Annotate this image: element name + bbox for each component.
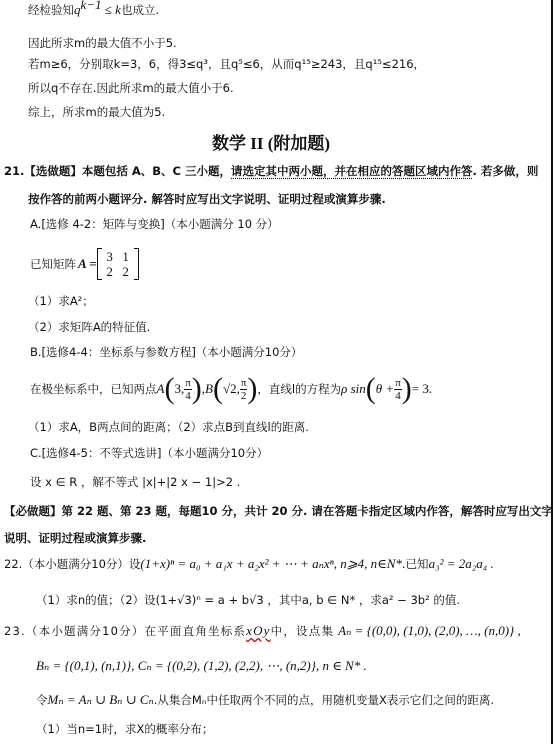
required-intro-line-2: 说明、证明过程或演算步骤. [4, 530, 146, 546]
text: 已知矩阵 [30, 256, 76, 272]
text: .从集合Mₙ中任取两个不同的点，用随机变量X表示它们之间的距离. [154, 693, 494, 707]
text: .已知 [402, 557, 429, 571]
question-tag: 【选做题】 [24, 164, 82, 178]
paren-right: ) [402, 374, 412, 404]
prev-solution-line-5: 综上，所求m的最大值为5. [28, 104, 165, 120]
math-sets-bc: Bₙ = {(0,1), (n,1)}, Cₙ = {(0,2), (1,2),… [36, 658, 367, 673]
page-edge-border [551, 0, 553, 744]
math-exponent: k−1 [81, 0, 102, 12]
text: 在极坐标系中，已知两点 [30, 381, 157, 397]
q23-stem: 23.（本小题满分10分）在平面直角坐标系xOy中，设点集Aₙ = {(0,0)… [4, 623, 521, 639]
math-point: B [205, 381, 213, 397]
math-value: 3, [174, 381, 184, 397]
text: 22.（本小题满分10分）设 [4, 557, 140, 571]
math-expr: a₃² = 2a₂a₄ . [429, 556, 494, 571]
fraction: π4 [394, 377, 402, 402]
math-value: √2, [223, 381, 240, 397]
matrix-cells: 3 1 2 2 [102, 249, 134, 279]
q21a-given: 已知矩阵 A = 3 1 2 2 [30, 248, 139, 280]
math-expr: θ + [376, 381, 394, 397]
required-intro-line-1: 【必做题】第 22 题、第 23 题，每题10 分，共计 20 分. 请在答题卡… [4, 503, 553, 519]
fraction: π4 [184, 377, 192, 402]
q21c-body: 设 x ∈ R ，解不等式 |x|+|2 x − 1|>2 . [30, 474, 240, 490]
prev-solution-line-1: 经检验知qk−1 ≤ k也成立. [28, 2, 159, 18]
math-var: A = [78, 256, 97, 272]
math-set-m: Mₙ = Aₙ ∪ Bₙ ∪ Cₙ [48, 692, 154, 707]
fraction: π2 [240, 377, 248, 402]
numerator: π [240, 377, 248, 390]
text: 经检验知 [28, 3, 74, 17]
text: 中，设点集 [271, 624, 335, 638]
math-xoy: xOy [246, 623, 271, 638]
q21b-given: 在极坐标系中，已知两点 A ( 3, π4 ) , B ( √2, π2 ) ，… [30, 372, 432, 406]
text: . 若多做，则 [473, 164, 539, 178]
cell: 2 [118, 264, 134, 279]
paren-left: ( [213, 374, 223, 404]
matrix-a: 3 1 2 2 [97, 248, 139, 280]
q22-stem: 22.（本小题满分10分）设(1+x)ⁿ = a₀ + a₁x + a₂x² +… [4, 556, 494, 572]
math-relation: ≤ k [102, 2, 121, 17]
paren-left: ( [366, 374, 376, 404]
text: 也成立. [121, 3, 159, 17]
q21b-header: B.[选修4-4：坐标系与参数方程]（本小题满分10分） [30, 344, 302, 360]
section-title: 数学 II (附加题) [212, 134, 330, 154]
denominator: 2 [240, 390, 248, 402]
numerator: π [184, 377, 192, 390]
q21-intro-line-2: 按作答的前两小题评分. 解答时应写出文字说明、证明过程或演算步骤. [28, 191, 386, 207]
cell: 2 [102, 264, 118, 279]
q21a-part-2: （2）求矩阵A的特征值. [28, 319, 150, 335]
math-expr: = 3. [412, 381, 432, 397]
q23-sets: Bₙ = {(0,1), (n,1)}, Cₙ = {(0,2), (1,2),… [36, 658, 367, 674]
cell: 3 [102, 249, 118, 264]
emphasized-text: 请选定其中两小题，并在相应的答题区域内作答 [231, 164, 473, 178]
numerator: π [394, 377, 402, 390]
q22-parts: （1）求n的值；（2）设(1+√3)ⁿ = a + b√3 ，其中a, b ∈ … [36, 592, 460, 608]
denominator: 4 [184, 390, 192, 402]
math-expr: ρ sin [341, 381, 366, 397]
q21c-header: C.[选修4-5：不等式选讲]（本小题满分10分） [30, 445, 268, 461]
paren-right: ) [247, 374, 257, 404]
q21a-header: A.[选修 4-2：矩阵与变换]（本小题满分 10 分） [30, 216, 279, 232]
prev-solution-line-2: 因此所求m的最大值不小于5. [28, 35, 177, 51]
text: ，直线l的方程为 [257, 381, 341, 397]
text: 23.（本小题满分10分）在平面直角坐标系 [4, 624, 246, 638]
text: 本题包括 A、B、C 三小题， [82, 164, 231, 178]
paren-left: ( [164, 374, 174, 404]
math-expr: (1+x)ⁿ = a₀ + a₁x + a₂x² + ⋯ + aₙxⁿ, n⩾4… [140, 556, 401, 571]
text: 令 [36, 693, 48, 707]
q23-m-def: 令Mₙ = Aₙ ∪ Bₙ ∪ Cₙ.从集合Mₙ中任取两个不同的点，用随机变量X… [36, 692, 494, 708]
cell: 1 [118, 249, 134, 264]
q21b-parts: （1）求A，B两点间的距离；（2）求点B到直线l的距离. [28, 419, 309, 435]
math-set-a: Aₙ = {(0,0), (1,0), (2,0), …, (n,0)} , [338, 623, 521, 638]
paren-right: ) [192, 374, 202, 404]
q23-part-1: （1）当n=1时，求X的概率分布； [36, 721, 213, 737]
q21-intro-line-1: 21.【选做题】本题包括 A、B、C 三小题，请选定其中两小题，并在相应的答题区… [4, 163, 538, 179]
question-number: 21. [4, 164, 24, 178]
bracket-right [134, 248, 139, 280]
prev-solution-line-4: 所以q不存在.因此所求m的最大值小于6. [28, 80, 234, 96]
q21a-part-1: （1）求A²； [28, 293, 94, 309]
prev-solution-line-3: 若m≥6，分别取k=3，6，得3≤q³，且q⁵≤6，从而q¹⁵≥243，且q¹⁵… [28, 56, 425, 72]
math-point: A [157, 381, 165, 397]
denominator: 4 [394, 390, 402, 402]
